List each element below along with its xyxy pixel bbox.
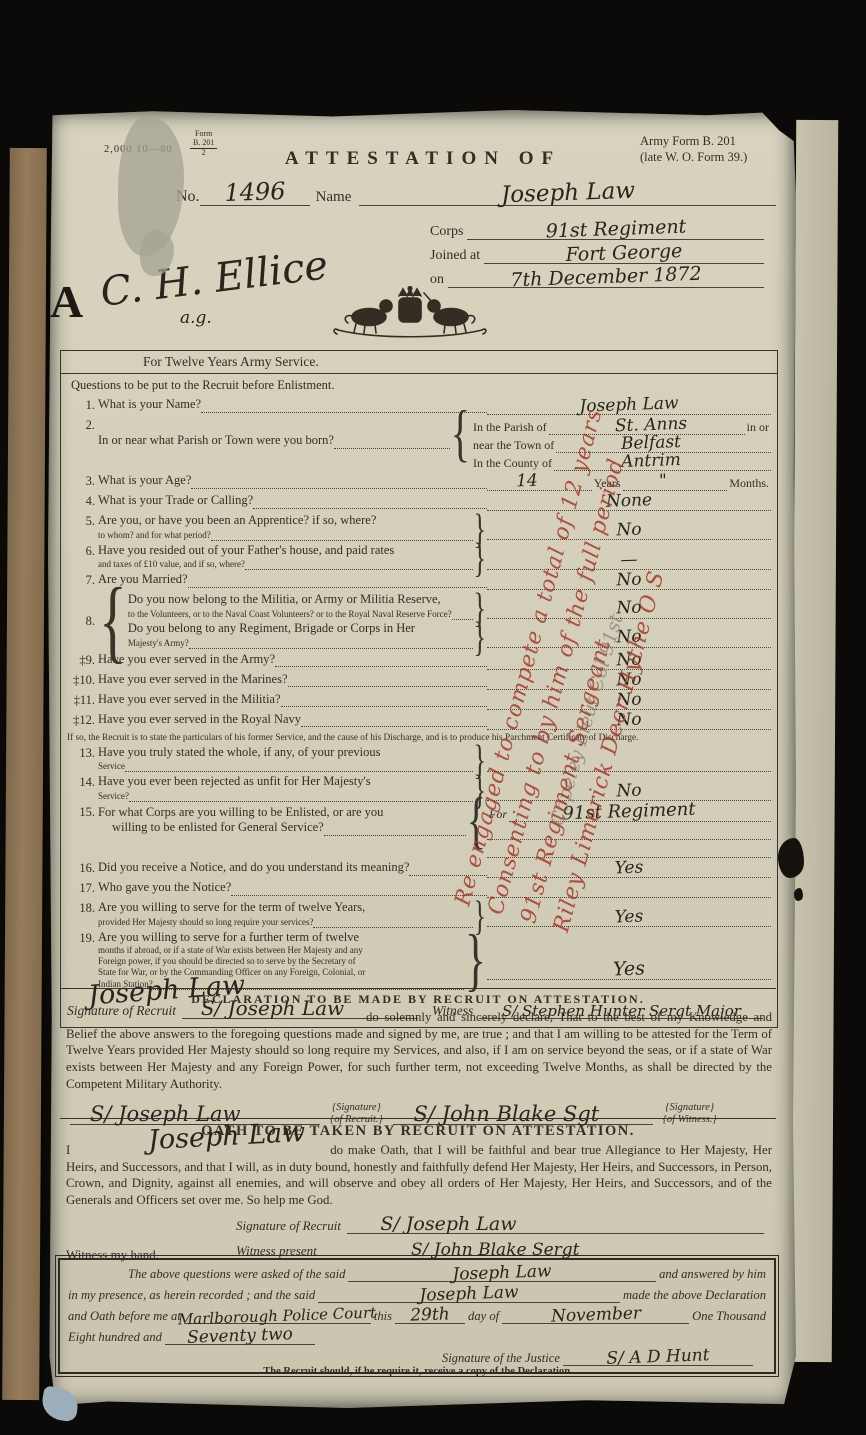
- question-label: Do you now belong to the Militia, or Arm…: [128, 592, 441, 608]
- dotted-fill-line: [275, 655, 487, 667]
- question-number: 6.: [65, 543, 98, 559]
- age-years-value: 14: [516, 471, 538, 492]
- dotted-fill-line: [452, 608, 473, 620]
- question-small-label: Foreign power, if you should be directed…: [98, 956, 356, 967]
- question-label: What is your Trade or Calling?: [98, 493, 253, 509]
- justice-year-value: Seventy two: [187, 1324, 293, 1348]
- question-number: 1.: [65, 397, 98, 413]
- justice-text: One Thousand: [692, 1309, 766, 1324]
- question-row-16: 16.Did you receive a Notice, and do you …: [65, 860, 771, 878]
- justice-place-field: Marlborough Police Court: [184, 1306, 371, 1324]
- question-row-10: ‡10.Have you ever served in the Marines?…: [65, 672, 771, 690]
- scanned-attestation-document: 2,000 10—80 Form B. 201 2 ATTESTATION OF…: [0, 0, 866, 1435]
- question-small-label: to the Volunteers, or to the Naval Coast…: [128, 609, 452, 620]
- question-line: For what Corps are you willing to be Enl…: [98, 805, 466, 821]
- number-name-row: No. 1496 Name Joseph Law: [176, 188, 776, 206]
- question-line: Have you ever served in the Militia?: [98, 692, 487, 708]
- question-label: Are you willing to serve for a further t…: [98, 930, 359, 946]
- question-text: For what Corps are you willing to be Enl…: [98, 804, 487, 836]
- service-number-field: 1496: [200, 205, 310, 206]
- name-label: Name: [310, 189, 352, 206]
- question-number: ‡9.: [65, 652, 98, 668]
- justice-line-4: Eight hundred and Seventy two: [68, 1327, 766, 1345]
- question-number: 2.: [65, 417, 98, 433]
- question-small-line: and taxes of £10 value, and if so, where…: [98, 558, 473, 570]
- question-two-line: Are you willing to serve for the term of…: [98, 900, 473, 928]
- stamp-bottom: 2: [190, 149, 217, 158]
- oath-recruit-signature-label: Signature of Recruit: [236, 1218, 341, 1234]
- justice-text: The above questions were asked of the sa…: [68, 1267, 345, 1282]
- approving-officer-signature: C. H. Ellice: [98, 242, 330, 316]
- question-text: Have you resided out of your Father's ho…: [98, 543, 487, 571]
- question-line: Do you belong to any Regiment, Brigade o…: [128, 621, 473, 637]
- question-text: Have you ever been rejected as unfit for…: [98, 774, 487, 802]
- question-line: Are you Married?: [98, 572, 487, 588]
- answer-cell: Yes: [487, 930, 771, 980]
- question-number: 18.: [65, 900, 98, 916]
- question-small-label: Majesty's Army?: [128, 638, 189, 649]
- question-number: ‡12.: [65, 712, 98, 728]
- question-text: In or near what Parish or Town were you …: [98, 417, 471, 449]
- question-label: Do you belong to any Regiment, Brigade o…: [128, 621, 415, 637]
- question-text: Are you willing to serve for the term of…: [98, 900, 487, 928]
- joined-at-field: Fort George: [484, 263, 764, 264]
- oath-section: Joseph Law OATH TO BE TAKEN BY RECRUIT O…: [60, 1118, 776, 1263]
- question-text: What is your Trade or Calling?: [98, 493, 487, 509]
- question-label: Have you resided out of your Father's ho…: [98, 543, 394, 559]
- question-line: Are you willing to serve for the term of…: [98, 900, 473, 916]
- question-line: Are you willing to serve for a further t…: [98, 930, 464, 946]
- question-line: Who gave you the Notice?: [98, 880, 487, 896]
- question-label: Are you, or have you been an Apprentice?…: [98, 513, 376, 529]
- question-small-label: months if abroad, or if a state of War e…: [98, 945, 363, 956]
- justice-day-field: 29th: [395, 1306, 465, 1324]
- ink-blot-small: [794, 888, 803, 901]
- page-title: ATTESTATION OF: [238, 148, 608, 170]
- question-two-line: Have you resided out of your Father's ho…: [98, 543, 473, 571]
- dotted-fill-line: [281, 695, 487, 707]
- question-label: What is your Age?: [98, 473, 191, 489]
- form-number-stamp: Form B. 201 2: [190, 130, 217, 157]
- corps-row: Corps 91st Regiment: [430, 224, 764, 240]
- answer-value: No: [616, 781, 642, 802]
- question-label: For what Corps are you willing to be Enl…: [98, 805, 383, 821]
- question-small-line: provided Her Majesty should so long requ…: [98, 916, 473, 928]
- oath-witness-signature-line: S/ John Blake Sergt: [323, 1238, 764, 1259]
- joined-at-label: Joined at: [430, 248, 480, 264]
- brace-line-1: {Signature}: [330, 1102, 383, 1114]
- dotted-fill-line: [313, 916, 472, 928]
- question-text: Do you now belong to the Militia, or Arm…: [128, 592, 771, 649]
- declaration-body-text: do solemnly and sincerely declare, That …: [66, 1010, 772, 1091]
- footer-note: The Recruit should, if he require it, re…: [48, 1366, 788, 1377]
- question-line: What is your Trade or Calling?: [98, 493, 487, 509]
- question-small-line: Foreign power, if you should be directed…: [98, 956, 464, 967]
- dotted-fill-line: [288, 675, 487, 687]
- question-number: 16.: [65, 860, 98, 876]
- question-number: 19.: [65, 930, 98, 946]
- question-line: Do you now belong to the Militia, or Arm…: [128, 592, 473, 608]
- oath-witness-label: Witness present: [236, 1243, 317, 1259]
- question-small-line: to the Volunteers, or to the Naval Coast…: [128, 608, 473, 620]
- question-line: In or near what Parish or Town were you …: [98, 433, 450, 449]
- question-line2: willing to be enlisted for General Servi…: [98, 820, 466, 836]
- service-number-value: 1496: [224, 177, 286, 207]
- joined-on-value: 7th December 1872: [510, 263, 702, 292]
- oath-witness-signature-value: S/ John Blake Sergt: [411, 1240, 580, 1260]
- parish-label: In the Parish of: [471, 420, 549, 435]
- question-small-label: Service: [98, 761, 125, 772]
- question-label: willing to be enlisted for General Servi…: [98, 820, 324, 836]
- closing-brace: }: [464, 931, 487, 987]
- margin-letter: A: [50, 275, 83, 328]
- question-small-line: Service: [98, 760, 473, 772]
- answer-line: Yes: [487, 962, 771, 980]
- question-two-line: Have you ever been rejected as unfit for…: [98, 774, 473, 802]
- form-reference-line2: (late W. O. Form 39.): [640, 150, 788, 166]
- dotted-fill-line: [245, 558, 473, 570]
- question-number: ‡11.: [65, 692, 98, 708]
- question-small-label: to whom? and for what period?: [98, 530, 211, 541]
- justice-year-field: Seventy two: [165, 1327, 315, 1345]
- justice-certification-section: The above questions were asked of the sa…: [58, 1258, 776, 1374]
- question-label: Have you ever served in the Marines?: [98, 672, 288, 688]
- question-number: 14.: [65, 774, 98, 790]
- parish-label: In the County of: [471, 456, 554, 471]
- question-label: Who gave you the Notice?: [98, 880, 231, 896]
- justice-day-value: 29th: [410, 1304, 450, 1325]
- justice-text: day of: [468, 1309, 499, 1324]
- service-term-band: For Twelve Years Army Service.: [61, 351, 777, 374]
- corps-value: 91st Regiment: [545, 216, 686, 243]
- declaration-section: Joseph Law DECLARATION TO BE MADE BY REC…: [60, 988, 776, 1129]
- justice-name-value-1: Joseph Law: [452, 1261, 552, 1284]
- answer-value: Yes: [614, 857, 643, 878]
- binding-tape: [2, 148, 47, 1400]
- question-two-line: Are you, or have you been an Apprentice?…: [98, 513, 473, 541]
- question-line: Have you ever served in the Marines?: [98, 672, 487, 688]
- joined-at-row: Joined at Fort George: [430, 248, 764, 264]
- in-or-label: in or: [745, 420, 771, 435]
- question-number: 15.: [65, 804, 98, 820]
- ink-blot: [778, 838, 804, 878]
- question-label: Did you receive a Notice, and do you und…: [98, 860, 409, 876]
- name-value: Joseph Law: [500, 178, 635, 209]
- question-number: 5.: [65, 513, 98, 529]
- justice-line-3: and Oath before me at Marlborough Police…: [68, 1306, 766, 1324]
- closing-brace: }: [473, 621, 487, 654]
- question-line: Have you resided out of your Father's ho…: [98, 543, 473, 559]
- form-reference-line1: Army Form B. 201: [640, 134, 788, 150]
- question-number: 8.: [65, 613, 98, 629]
- oath-signatures: Witness my hand. Signature of Recruit S/…: [60, 1209, 776, 1263]
- question-small-line: Service?: [98, 790, 473, 802]
- question-line: What is your Name?: [98, 397, 487, 413]
- justice-month-field: November: [502, 1306, 689, 1324]
- discharge-note: If so, the Recruit is to state the parti…: [65, 732, 771, 745]
- question-line: What is your Age?: [98, 473, 487, 489]
- sub-question-row: Do you now belong to the Militia, or Arm…: [128, 592, 771, 620]
- dotted-fill-line: [334, 437, 450, 449]
- question-number: 3.: [65, 473, 98, 489]
- joined-at-value: Fort George: [565, 240, 682, 266]
- question-small-line: Majesty's Army?: [128, 637, 473, 649]
- brace-line-1: {Signature}: [663, 1102, 717, 1114]
- question-line: Have you ever been rejected as unfit for…: [98, 774, 473, 790]
- question-row-15: 15.For what Corps are you willing to be …: [65, 804, 771, 858]
- oath-recruit-signature-line: S/ Joseph Law: [347, 1213, 764, 1234]
- question-line: Are you, or have you been an Apprentice?…: [98, 513, 473, 529]
- justice-name-field-1: Joseph Law: [348, 1264, 656, 1282]
- corps-field: 91st Regiment: [467, 239, 764, 240]
- dotted-fill-line: [129, 790, 473, 802]
- justice-name-value-2: Joseph Law: [419, 1282, 519, 1305]
- justice-line-1: The above questions were asked of the sa…: [68, 1264, 766, 1282]
- dotted-fill-line: [301, 715, 487, 727]
- question-text: Have you ever served in the Royal Navy: [98, 712, 487, 728]
- question-text: Who gave you the Notice?: [98, 880, 487, 896]
- question-number: 17.: [65, 880, 98, 896]
- oath-signature-block: Signature of Recruit S/ Joseph Law Witne…: [236, 1213, 770, 1263]
- question-label: Have you ever been rejected as unfit for…: [98, 774, 371, 790]
- question-line: Have you ever served in the Royal Navy: [98, 712, 487, 728]
- question-row-9: ‡9.Have you ever served in the Army?No: [65, 652, 771, 670]
- question-line: Have you truly stated the whole, if any,…: [98, 745, 473, 761]
- question-number: ‡10.: [65, 672, 98, 688]
- dotted-fill-line: [211, 529, 473, 541]
- dotted-fill-line: [324, 824, 466, 836]
- justice-name-field-2: Joseph Law: [318, 1285, 620, 1303]
- underlying-page-edge: [790, 120, 839, 1362]
- question-label: In or near what Parish or Town were you …: [98, 433, 334, 449]
- opening-brace: {: [450, 407, 471, 458]
- justice-text: in my presence, as herein recorded ; and…: [68, 1288, 315, 1303]
- dotted-fill-line: [253, 497, 487, 509]
- oath-recruit-signature-row: Signature of Recruit S/ Joseph Law: [236, 1213, 770, 1234]
- question-row-14: 14.Have you ever been rejected as unfit …: [65, 774, 771, 802]
- parish-label: near the Town of: [471, 438, 556, 453]
- justice-month-value: November: [550, 1303, 641, 1326]
- justice-line-2: in my presence, as herein recorded ; and…: [68, 1285, 766, 1303]
- dotted-fill-line: [191, 477, 487, 489]
- question-text: Have you ever served in the Army?: [98, 652, 487, 668]
- group-opening-brace: {: [98, 584, 128, 658]
- question-label: Have you ever served in the Militia?: [98, 692, 281, 708]
- question-label: Are you willing to serve for the term of…: [98, 900, 365, 916]
- approving-officer-initials: a.g.: [180, 308, 212, 328]
- corps-label: Corps: [430, 224, 463, 240]
- justice-text: Eight hundred and: [68, 1330, 162, 1345]
- question-label: Have you truly stated the whole, if any,…: [98, 745, 380, 761]
- question-label: What is your Name?: [98, 397, 201, 413]
- question-row-12: ‡12.Have you ever served in the Royal Na…: [65, 712, 771, 730]
- question-text: What is your Age?: [98, 473, 487, 489]
- question-text: What is your Name?: [98, 397, 487, 413]
- oath-recruit-signature-value: S/ Joseph Law: [380, 1213, 516, 1235]
- question-row-13: 13.Have you truly stated the whole, if a…: [65, 745, 771, 773]
- question-small-line: months if abroad, or if a state of War e…: [98, 945, 464, 956]
- name-field: Joseph Law: [359, 205, 776, 206]
- months-label: Months.: [727, 476, 771, 491]
- answer-value: Yes: [614, 906, 643, 927]
- question-small-label: provided Her Majesty should so long requ…: [98, 917, 313, 928]
- justice-signature-line: S/ A D Hunt: [563, 1348, 753, 1366]
- question-text: Are you, or have you been an Apprentice?…: [98, 513, 487, 541]
- justice-text: this: [374, 1309, 392, 1324]
- form-reference: Army Form B. 201 (late W. O. Form 39.): [640, 134, 788, 165]
- sub-question-row: Do you belong to any Regiment, Brigade o…: [128, 621, 771, 649]
- justice-text: and Oath before me at: [68, 1309, 181, 1324]
- question-two-line: Have you truly stated the whole, if any,…: [98, 745, 473, 773]
- dotted-fill-line: [125, 760, 473, 772]
- dotted-fill-line: [201, 401, 487, 413]
- question-line: Did you receive a Notice, and do you und…: [98, 860, 487, 876]
- question-number: 13.: [65, 745, 98, 761]
- answer-value: Yes: [613, 957, 646, 980]
- question-small-label: Service?: [98, 791, 129, 802]
- question-row-17: 17.Who gave you the Notice?: [65, 880, 771, 898]
- question-line: Have you ever served in the Army?: [98, 652, 487, 668]
- attestation-form-page: 2,000 10—80 Form B. 201 2 ATTESTATION OF…: [48, 110, 796, 1408]
- question-text: Are you Married?: [98, 572, 487, 588]
- question-row-18: 18.Are you willing to serve for the term…: [65, 900, 771, 928]
- closing-brace: }: [473, 543, 487, 576]
- question-text: Have you ever served in the Militia?: [98, 692, 487, 708]
- justice-text: and answered by him: [659, 1267, 766, 1282]
- question-number: 4.: [65, 493, 98, 509]
- question-small-line: to whom? and for what period?: [98, 529, 473, 541]
- question-text: Did you receive a Notice, and do you und…: [98, 860, 487, 876]
- justice-text: made the above Declaration: [623, 1288, 766, 1303]
- question-number: 7.: [65, 572, 98, 588]
- question-row-11: ‡11.Have you ever served in the Militia?…: [65, 692, 771, 710]
- question-label: Have you ever served in the Royal Navy: [98, 712, 301, 728]
- question-text: Have you truly stated the whole, if any,…: [98, 745, 487, 773]
- dotted-fill-line: [189, 637, 473, 649]
- oath-witness-signature-row: Witness present S/ John Blake Sergt: [236, 1238, 770, 1259]
- justice-signature-label: Signature of the Justice: [442, 1351, 560, 1366]
- justice-signature-row: Signature of the Justice S/ A D Hunt: [68, 1348, 766, 1366]
- royal-coat-of-arms-icon: [320, 286, 500, 340]
- dotted-fill-line: [188, 576, 487, 588]
- declaration-body: do solemnly and sincerely declare, That …: [60, 1007, 776, 1092]
- question-text: Have you ever served in the Marines?: [98, 672, 487, 688]
